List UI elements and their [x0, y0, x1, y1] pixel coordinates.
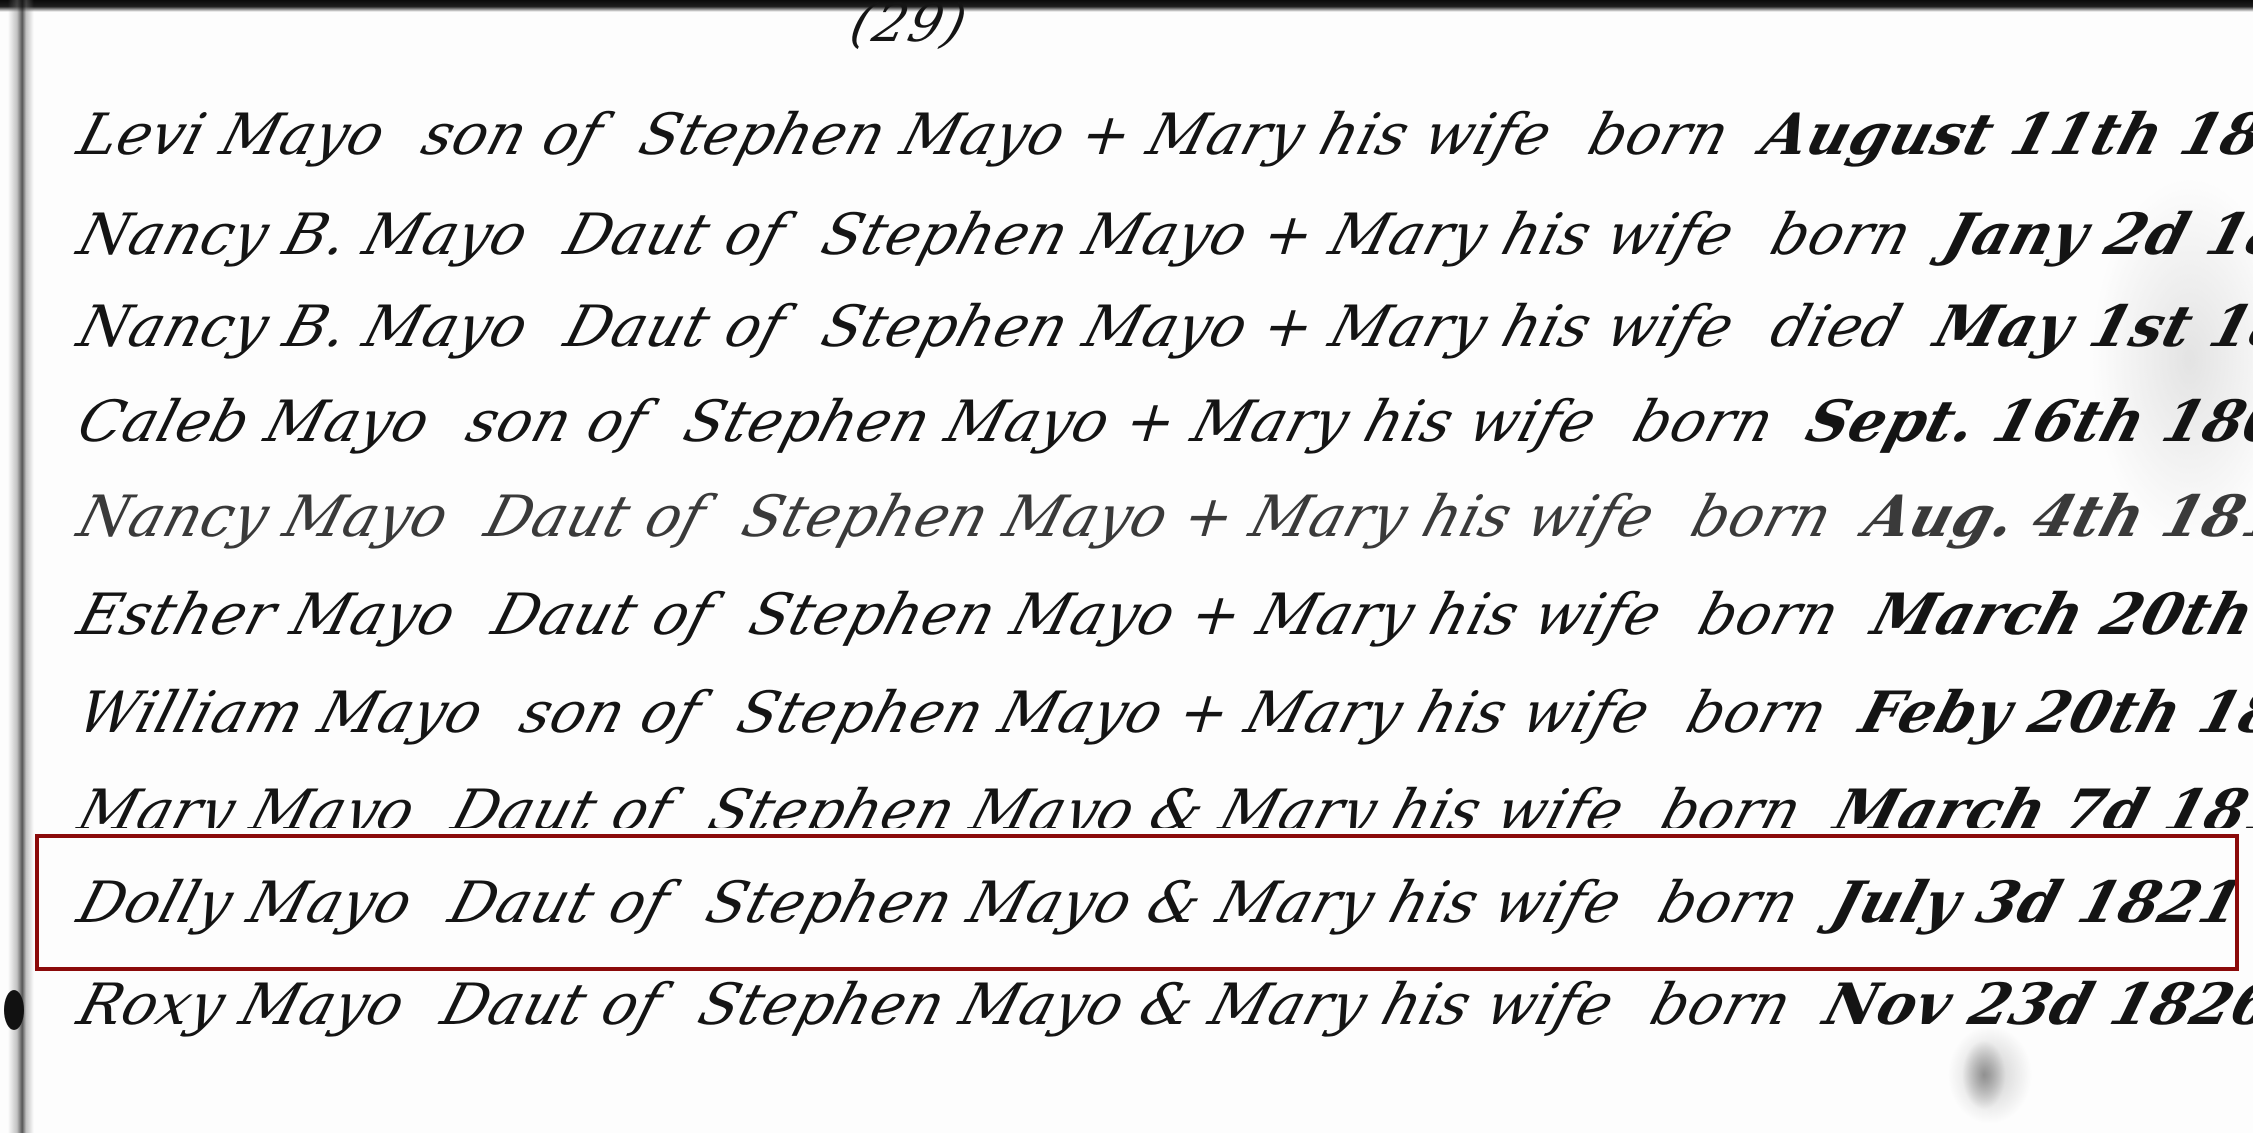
entry-name: Mary Mayo: [70, 776, 423, 846]
entry-date: March 7d 1819: [1826, 776, 2253, 846]
entry-event: born: [1763, 200, 1920, 270]
entry-event: born: [1650, 868, 1807, 938]
entry-date: Sept. 16th 1808-: [1799, 387, 2253, 457]
entry-parents: Stephen Mayo & Mary his wife: [701, 776, 1632, 846]
entry-event: born: [1643, 970, 1800, 1040]
entry-date: July 3d 1821: [1824, 868, 2251, 938]
register-page: (29) Levi Mayo son of Stephen Mayo + Mar…: [0, 0, 2253, 1133]
entry-event: born: [1625, 387, 1782, 457]
entry-event: born: [1683, 482, 1840, 552]
entry-relation: Daut of: [434, 970, 670, 1040]
entry-relation: Daut of: [441, 868, 677, 938]
entry-date: May 1st 1809-: [1927, 292, 2253, 362]
entry-parents: Stephen Mayo + Mary his wife: [742, 580, 1670, 650]
entry-parents: Stephen Mayo + Mary his wife: [814, 292, 1742, 362]
entry-parents: Stephen Mayo + Mary his wife: [734, 482, 1662, 552]
entry-name: Roxy Mayo: [70, 970, 413, 1040]
entry-name: Nancy Mayo: [70, 482, 457, 552]
entry-nancy-b-mayo-birth: Nancy B. Mayo Daut of Stephen Mayo + Mar…: [70, 200, 2253, 270]
entry-name: William Mayo: [70, 678, 492, 748]
entry-relation: Daut of: [485, 580, 721, 650]
entry-parents: Stephen Mayo & Mary his wife: [698, 868, 1629, 938]
entry-event: born: [1679, 678, 1836, 748]
entry-esther-mayo-birth: Esther Mayo Daut of Stephen Mayo + Mary …: [70, 580, 2253, 650]
entry-name: Nancy B. Mayo: [70, 292, 536, 362]
entry-name: Nancy B. Mayo: [70, 200, 536, 270]
entry-caleb-mayo-birth: Caleb Mayo son of Stephen Mayo + Mary hi…: [70, 387, 2253, 457]
entry-parents: Stephen Mayo + Mary his wife: [814, 200, 1742, 270]
entry-relation: Daut of: [444, 776, 680, 846]
entry-mary-mayo-birth: Mary Mayo Daut of Stephen Mayo & Mary hi…: [70, 776, 2253, 846]
entry-dolly-mayo-birth: Dolly Mayo Daut of Stephen Mayo & Mary h…: [70, 868, 2251, 938]
entry-relation: Daut of: [557, 292, 793, 362]
entry-event: born: [1691, 580, 1848, 650]
entry-name: Levi Mayo: [70, 100, 394, 170]
entry-date: August 11th 1804-: [1754, 100, 2253, 170]
entry-parents: Stephen Mayo + Mary his wife: [730, 678, 1658, 748]
entry-nancy-mayo-birth: Nancy Mayo Daut of Stephen Mayo + Mary h…: [70, 482, 2253, 552]
entry-name: Dolly Mayo: [70, 868, 421, 938]
entry-relation: son of: [459, 387, 656, 457]
entry-name: Caleb Mayo: [70, 387, 438, 457]
entry-date: Feby 20th 1817-: [1852, 678, 2253, 748]
entry-event: died: [1763, 292, 1910, 362]
entry-william-mayo-birth: William Mayo son of Stephen Mayo + Mary …: [70, 678, 2253, 748]
entry-date: Jany 2d 1807-: [1936, 200, 2253, 270]
entry-date: Aug. 4th 1810-: [1857, 482, 2253, 552]
entry-roxy-mayo-birth: Roxy Mayo Daut of Stephen Mayo & Mary hi…: [70, 970, 2253, 1040]
entry-relation: son of: [414, 100, 611, 170]
entry-nancy-b-mayo-death: Nancy B. Mayo Daut of Stephen Mayo + Mar…: [70, 292, 2253, 362]
entry-relation: Daut of: [557, 200, 793, 270]
entry-levi-mayo-birth: Levi Mayo son of Stephen Mayo + Mary his…: [70, 100, 2253, 170]
entry-event: born: [1653, 776, 1810, 846]
entry-event: born: [1581, 100, 1738, 170]
entry-date: Nov 23d 1826: [1816, 970, 2253, 1040]
register-entries: Levi Mayo son of Stephen Mayo + Mary his…: [0, 0, 2253, 1133]
entry-relation: Daut of: [477, 482, 713, 552]
entry-parents: Stephen Mayo + Mary his wife: [632, 100, 1560, 170]
entry-relation: son of: [512, 678, 709, 748]
entry-name: Esther Mayo: [70, 580, 464, 650]
entry-parents: Stephen Mayo + Mary his wife: [676, 387, 1604, 457]
entry-parents: Stephen Mayo & Mary his wife: [691, 970, 1622, 1040]
entry-date: March 20th 1814-: [1864, 580, 2253, 650]
